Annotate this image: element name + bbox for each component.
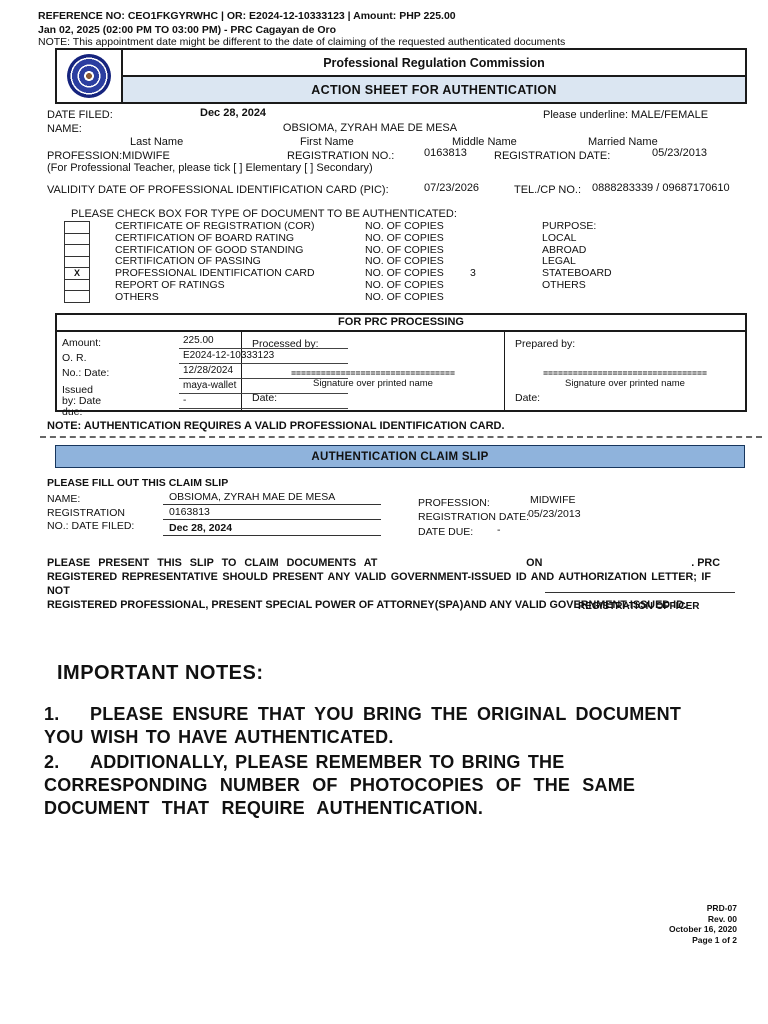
prc-processing-title: FOR PRC PROCESSING (57, 315, 745, 332)
date-due-label: due: (62, 406, 82, 418)
form-code: PRD-07 (669, 903, 737, 914)
or-label: O. R. (62, 352, 87, 364)
amount-label: Amount: (62, 337, 101, 349)
prc-processing-table: FOR PRC PROCESSING Amount: O. R. No.: Da… (55, 313, 747, 412)
officer-signature-line (545, 592, 735, 593)
appointment-note: NOTE: This appointment date might be dif… (38, 36, 565, 48)
purpose-cell (542, 292, 715, 304)
registration-date-label: REGISTRATION DATE: (494, 150, 610, 163)
tel-label: TEL./CP NO.: (514, 184, 581, 197)
copies-value (470, 233, 542, 245)
copies-value (470, 292, 542, 304)
form-header-table: Professional Regulation Commission ACTIO… (55, 48, 747, 104)
copies-label: NO. OF COPIES (365, 292, 470, 304)
doc-type-row: OTHERS NO. OF COPIES (115, 292, 715, 304)
form-title: ACTION SHEET FOR AUTHENTICATION (123, 77, 745, 102)
claim-reg-date-value: 05/23/2013 (528, 508, 581, 520)
date-label: Date: (252, 392, 277, 404)
prepared-by-cell: Prepared by: ===========================… (505, 332, 745, 410)
note1-number: 1. (44, 703, 90, 726)
dashed-divider (40, 436, 762, 438)
appointment-line: Jan 02, 2025 (02:00 PM TO 03:00 PM) - PR… (38, 24, 336, 36)
header-titles: Professional Regulation Commission ACTIO… (123, 50, 745, 102)
claim-date-due-value: - (497, 524, 501, 536)
copies-label: NO. OF COPIES (365, 280, 470, 292)
date-label: Date: (515, 392, 540, 404)
doc-type-row: REPORT OF RATINGS NO. OF COPIES OTHERS (115, 280, 715, 292)
claim-reg-no-value: 0163813 (163, 505, 381, 520)
note1-text-a: PLEASE ENSURE THAT YOU BRING THE ORIGINA… (90, 704, 681, 724)
claim-reg-label-2: NO.: DATE FILED: (47, 520, 134, 532)
reference-line: REFERENCE NO: CEO1FKGYRWHC | OR: E2024-1… (38, 10, 456, 22)
registration-date-value: 05/23/2013 (652, 147, 707, 160)
note2-text-c: DOCUMENT THAT REQUIRE AUTHENTICATION. (44, 797, 684, 820)
claim-profession-label: PROFESSION: (418, 497, 490, 509)
or-no-date-label: No.: Date: (62, 367, 109, 379)
signature-label: Signature over printed name (252, 378, 494, 389)
purpose-cell: LOCAL (542, 233, 715, 245)
on-text: ON (526, 556, 542, 570)
date-blank (542, 556, 691, 570)
important-note-2: 2.ADDITIONALLY, PLEASE REMEMBER TO BRING… (44, 751, 684, 820)
venue-blank (377, 556, 526, 570)
underline-note: Please underline: MALE/FEMALE (543, 109, 708, 122)
date-filed-label: DATE FILED: (47, 109, 113, 122)
checkbox-others (64, 290, 90, 303)
col-first-name: First Name (300, 136, 354, 149)
note2-text-a: ADDITIONALLY, PLEASE REMEMBER TO BRING T… (90, 752, 564, 772)
important-notes-heading: IMPORTANT NOTES: (57, 662, 264, 685)
validity-value: 07/23/2026 (424, 182, 479, 195)
doc-type-row: CERTIFICATION OF BOARD RATING NO. OF COP… (115, 233, 715, 245)
teacher-note: (For Professional Teacher, please tick [… (47, 162, 373, 175)
prc-text: . PRC (691, 556, 720, 570)
revision-date: October 16, 2020 (669, 924, 737, 935)
note2-number: 2. (44, 751, 90, 774)
form-footer: PRD-07 Rev. 00 October 16, 2020 Page 1 o… (669, 903, 737, 945)
name-value: OBSIOMA, ZYRAH MAE DE MESA (250, 122, 490, 135)
claim-reg-date-label: REGISTRATION DATE: (418, 511, 529, 523)
copies-value (470, 245, 542, 257)
claim-name-label: NAME: (47, 493, 80, 505)
copies-label: NO. OF COPIES (365, 233, 470, 245)
signature-label: Signature over printed name (515, 378, 735, 389)
doc-type-label: REPORT OF RATINGS (115, 280, 365, 292)
page-number: Page 1 of 2 (669, 935, 737, 946)
important-note-1: 1.PLEASE ENSURE THAT YOU BRING THE ORIGI… (44, 703, 684, 749)
validity-label: VALIDITY DATE OF PROFESSIONAL IDENTIFICA… (47, 184, 389, 197)
copies-value (470, 280, 542, 292)
document-page: REFERENCE NO: CEO1FKGYRWHC | OR: E2024-1… (0, 0, 768, 1024)
tel-value: 0888283339 / 09687170610 (592, 182, 730, 195)
claim-date-filed-value: Dec 28, 2024 (163, 521, 381, 536)
purpose-cell: OTHERS (542, 280, 715, 292)
claim-slip-title-bar: AUTHENTICATION CLAIM SLIP (55, 445, 745, 468)
signature-line: ================================= (252, 368, 494, 378)
revision: Rev. 00 (669, 914, 737, 925)
processed-by-cell: Processed by: ==========================… (242, 332, 505, 410)
note2-text-b: CORRESPONDING NUMBER OF PHOTOCOPIES OF T… (44, 774, 684, 797)
registration-officer-label: REGISTRATION OFFICER (578, 601, 699, 612)
copies-value (470, 256, 542, 268)
processed-by-label: Processed by: (252, 338, 319, 350)
registration-no-value: 0163813 (424, 147, 467, 160)
copies-value (470, 221, 542, 233)
doc-type-label: OTHERS (115, 292, 365, 304)
copies-value: 3 (470, 268, 542, 280)
prc-processing-body: Amount: O. R. No.: Date: Issued by: Date… (57, 332, 745, 410)
doc-type-label: CERTIFICATION OF BOARD RATING (115, 233, 365, 245)
checkbox-column: X (64, 221, 90, 303)
org-name: Professional Regulation Commission (123, 50, 745, 77)
claim-reg-label-1: REGISTRATION (47, 507, 125, 519)
col-married-name: Married Name (588, 136, 658, 149)
note2-line1: 2.ADDITIONALLY, PLEASE REMEMBER TO BRING… (44, 751, 684, 774)
prc-seal-logo (67, 54, 111, 98)
logo-cell (57, 50, 123, 102)
date-filed-value: Dec 28, 2024 (200, 107, 266, 120)
payment-cell: Amount: O. R. No.: Date: Issued by: Date… (57, 332, 242, 410)
claim-instructions-line2: REGISTERED REPRESENTATIVE SHOULD PRESENT… (47, 570, 720, 598)
col-last-name: Last Name (130, 136, 183, 149)
present-text: PLEASE PRESENT THIS SLIP TO CLAIM DOCUME… (47, 556, 377, 570)
claim-profession-value: MIDWIFE (530, 494, 576, 506)
pic-note: NOTE: AUTHENTICATION REQUIRES A VALID PR… (47, 420, 505, 433)
note1-text-b: YOU WISH TO HAVE AUTHENTICATED. (44, 726, 684, 749)
signature-line: ================================= (515, 368, 735, 378)
claim-name-value: OBSIOMA, ZYRAH MAE DE MESA (163, 490, 381, 505)
claim-instructions-line1: PLEASE PRESENT THIS SLIP TO CLAIM DOCUME… (47, 556, 720, 570)
name-label: NAME: (47, 123, 82, 136)
note1-line1: 1.PLEASE ENSURE THAT YOU BRING THE ORIGI… (44, 703, 684, 726)
fill-out-note: PLEASE FILL OUT THIS CLAIM SLIP (47, 477, 228, 489)
prepared-by-label: Prepared by: (515, 338, 575, 350)
document-type-rows: CERTIFICATE OF REGISTRATION (COR) NO. OF… (115, 221, 715, 304)
claim-date-due-label: DATE DUE: (418, 526, 473, 538)
